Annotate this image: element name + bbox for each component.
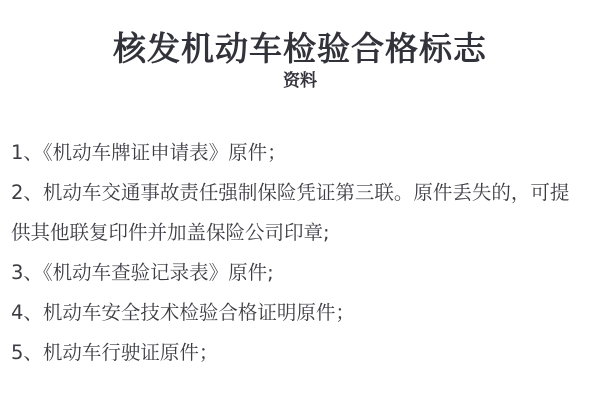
list-item: 2、机动车交通事故责任强制保险凭证第三联。原件丢失的，可提供其他联复印件并加盖保… [11, 173, 588, 253]
list-item: 5、机动车行驶证原件； [11, 333, 588, 373]
page-subtitle: 资料 [0, 70, 600, 93]
document-header: 核发机动车检验合格标志 资料 [0, 0, 600, 93]
list-item: 4、机动车安全技术检验合格证明原件； [11, 293, 588, 333]
list-item: 3、《机动车查验记录表》原件; [11, 253, 588, 293]
requirements-list: 1、《机动车牌证申请表》原件； 2、机动车交通事故责任强制保险凭证第三联。原件丢… [0, 133, 600, 373]
document-page: 核发机动车检验合格标志 资料 1、《机动车牌证申请表》原件； 2、机动车交通事故… [0, 0, 600, 400]
list-item: 1、《机动车牌证申请表》原件； [11, 133, 588, 173]
page-title: 核发机动车检验合格标志 [0, 28, 600, 69]
